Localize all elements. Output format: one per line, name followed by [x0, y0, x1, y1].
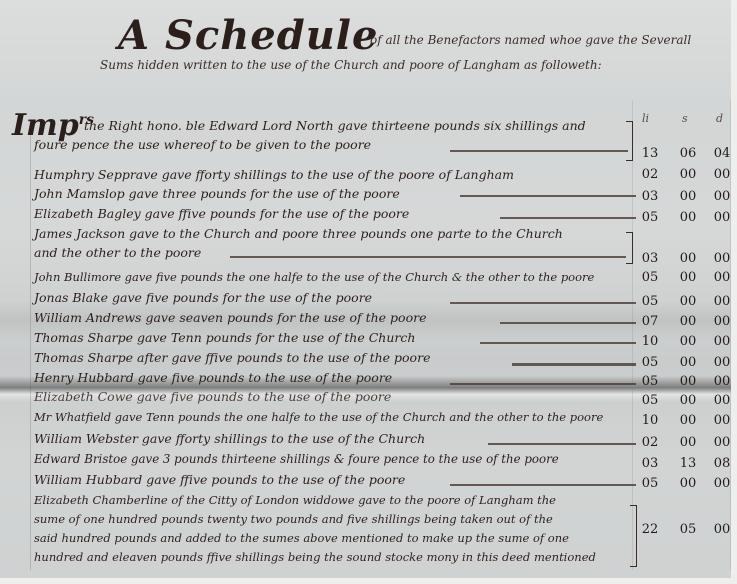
amount-shillings: 05	[674, 522, 702, 537]
schedule-heading: A Schedule	[118, 12, 378, 59]
amount-pence: 00	[708, 355, 736, 370]
amount-pounds: 10	[636, 334, 664, 349]
entry-text-line: James Jackson gave to the Church and poo…	[34, 226, 563, 241]
amount-shillings: 00	[674, 270, 702, 285]
entry-text-line: Thomas Sharpe gave Tenn pounds for the u…	[34, 330, 415, 345]
amount-pounds: 05	[636, 270, 664, 285]
entry-text-line: Mr Whatfield gave Tenn pounds the one ha…	[34, 410, 603, 424]
amount-pounds: 05	[636, 355, 664, 370]
entry-rule	[450, 150, 628, 152]
amount-pounds: 05	[636, 393, 664, 408]
amount-pence: 00	[708, 167, 736, 182]
amount-pence: 00	[708, 314, 736, 329]
amount-pounds: 22	[636, 522, 664, 537]
schedule-heading-continuation: of all the Benefactors named whoe gave t…	[370, 33, 691, 47]
amount-pence: 00	[708, 522, 736, 537]
entry-bracket	[626, 232, 633, 264]
amount-pence: 00	[708, 435, 736, 450]
entry-rule	[480, 342, 636, 344]
amount-pence: 00	[708, 476, 736, 491]
shillings-column-header: s	[682, 112, 688, 125]
amount-shillings: 13	[674, 456, 702, 471]
amount-pence: 08	[708, 456, 736, 471]
amount-pounds: 10	[636, 413, 664, 428]
entry-text-line: Jonas Blake gave five pounds for the use…	[34, 290, 372, 305]
amount-pounds: 03	[636, 189, 664, 204]
amount-shillings: 06	[674, 146, 702, 161]
entry-text-line: said hundred pounds and added to the sum…	[34, 531, 569, 545]
amount-shillings: 00	[674, 374, 702, 389]
pounds-column-header: li	[642, 112, 649, 125]
amount-shillings: 00	[674, 334, 702, 349]
entry-text-line: the Right hono. ble Edward Lord North ga…	[84, 118, 586, 133]
amount-pence: 00	[708, 251, 736, 266]
amount-pounds: 02	[636, 167, 664, 182]
amount-shillings: 00	[674, 435, 702, 450]
document-page: A Schedule of all the Benefactors named …	[0, 0, 737, 584]
amount-pence: 00	[708, 270, 736, 285]
entry-text-line: hundred and eleaven pounds ffive shillin…	[34, 550, 596, 564]
amount-shillings: 00	[674, 413, 702, 428]
amount-shillings: 00	[674, 167, 702, 182]
amount-pence: 00	[708, 393, 736, 408]
amount-pence: 00	[708, 189, 736, 204]
entry-text-line: Elizabeth Bagley gave ffive pounds for t…	[34, 206, 409, 221]
amount-pounds: 05	[636, 294, 664, 309]
entry-rule	[460, 195, 636, 197]
amount-pounds: 03	[636, 456, 664, 471]
left-margin-rule	[30, 130, 31, 570]
entry-text-line: foure pence the use whereof to be given …	[34, 137, 371, 152]
amount-pence: 04	[708, 146, 736, 161]
amount-pounds: 13	[636, 146, 664, 161]
amount-pounds: 02	[636, 435, 664, 450]
pence-column-header: d	[716, 112, 723, 125]
amount-shillings: 00	[674, 189, 702, 204]
entry-text-line: Henry Hubbard gave five pounds to the us…	[34, 370, 392, 385]
entry-rule	[500, 322, 636, 324]
entry-rule	[450, 484, 636, 486]
page-edge	[731, 0, 737, 584]
amount-pounds: 03	[636, 251, 664, 266]
amount-pounds: 07	[636, 314, 664, 329]
entry-text-line: Thomas Sharpe after gave ffive pounds to…	[34, 350, 430, 365]
page-edge	[0, 578, 737, 584]
entry-rule	[488, 443, 636, 445]
amount-pence: 00	[708, 374, 736, 389]
amount-pence: 00	[708, 210, 736, 225]
entry-text-line: sume of one hundred pounds twenty two po…	[34, 512, 553, 526]
entry-bracket	[626, 121, 633, 161]
entry-text-line: Elizabeth Cowe gave five pounds to the u…	[34, 389, 391, 404]
entry-rule	[512, 363, 636, 366]
entry-rule	[450, 302, 636, 304]
amount-shillings: 00	[674, 251, 702, 266]
schedule-heading-line2: Sums hidden written to the use of the Ch…	[100, 58, 602, 72]
entry-text-line: and the other to the poore	[34, 245, 201, 260]
entry-text-line: William Hubbard gave ffive pounds to the…	[34, 472, 405, 487]
amount-shillings: 00	[674, 393, 702, 408]
amount-column-rule	[632, 100, 633, 570]
entry-text-line: William Andrews gave seaven pounds for t…	[34, 310, 426, 325]
entry-text-line: Edward Bristoe gave 3 pounds thirteene s…	[34, 452, 559, 466]
entry-text-line: Humphry Sepprave gave fforty shillings t…	[34, 167, 514, 182]
entry-rule	[500, 217, 636, 219]
amount-pounds: 05	[636, 210, 664, 225]
amount-pence: 00	[708, 334, 736, 349]
amount-pence: 00	[708, 413, 736, 428]
amount-pence: 00	[708, 294, 736, 309]
amount-shillings: 00	[674, 210, 702, 225]
amount-shillings: 00	[674, 314, 702, 329]
amount-shillings: 00	[674, 355, 702, 370]
amount-shillings: 00	[674, 476, 702, 491]
amount-pounds: 05	[636, 374, 664, 389]
entry-text-line: John Bullimore gave five pounds the one …	[34, 270, 594, 284]
entry-rule	[230, 256, 626, 258]
entry-text-line: William Webster gave fforty shillings to…	[34, 431, 425, 446]
amount-shillings: 00	[674, 294, 702, 309]
entry-text-line: Elizabeth Chamberline of the Citty of Lo…	[34, 493, 556, 507]
entry-rule	[450, 383, 636, 385]
entry-text-line: John Mamslop gave three pounds for the u…	[34, 186, 400, 201]
amount-pounds: 05	[636, 476, 664, 491]
